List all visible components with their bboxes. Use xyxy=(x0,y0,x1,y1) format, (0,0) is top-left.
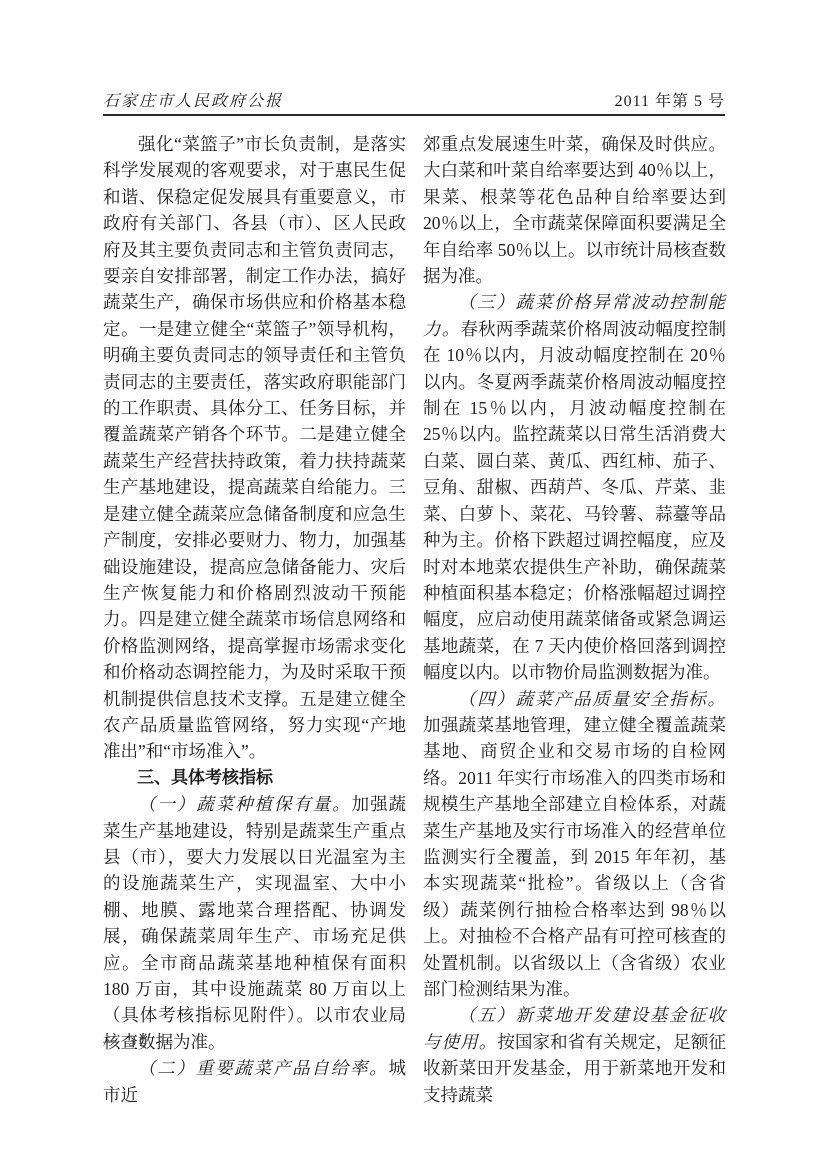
right-column: 郊重点发展速生叶菜，确保及时供应。大白菜和叶菜自给率要达到 40％以上，果菜、根… xyxy=(423,131,726,1108)
paragraph-item-4: （四）蔬菜产品质量安全指标。加强蔬菜基地管理，建立健全覆盖蔬菜基地、商贸企业和交… xyxy=(423,686,726,1003)
paragraph-item-5: （五）新菜地开发建设基金征收与使用。按国家和省有关规定，足额征收新菜田开发基金，… xyxy=(423,1002,726,1108)
document-page: 石家庄市人民政府公报 2011 年第 5 号 强化“菜篮子”市长负责制，是落实科… xyxy=(0,0,826,1169)
paragraph-item-1: （一）蔬菜种植保有量。加强蔬菜生产基地建设，特别是蔬菜生产重点县（市），要大力发… xyxy=(103,791,406,1055)
item-3-body: 春秋两季蔬菜价格周波动幅度控制在 10％以内，月波动幅度控制在 20％以内。冬夏… xyxy=(423,319,726,682)
paragraph-item-2-continuation: 郊重点发展速生叶菜，确保及时供应。大白菜和叶菜自给率要达到 40％以上，果菜、根… xyxy=(423,131,726,289)
section-heading: 三、具体考核指标 xyxy=(103,765,406,791)
item-4-body: 加强蔬菜基地管理，建立健全覆盖蔬菜基地、商贸企业和交易市场的自检网络。2011 … xyxy=(423,715,726,999)
item-1-title: （一）蔬菜种植保有量。 xyxy=(138,794,352,814)
left-column: 强化“菜篮子”市长负责制，是落实科学发展观的客观要求，对于惠民生促和谐、保稳定促… xyxy=(103,131,406,1108)
item-4-title: （四）蔬菜产品质量安全指标。 xyxy=(458,689,726,709)
paragraph-item-2: （二）重要蔬菜产品自给率。城市近 xyxy=(103,1055,406,1108)
page-header: 石家庄市人民政府公报 2011 年第 5 号 xyxy=(103,88,725,111)
header-rule xyxy=(103,114,725,116)
issue-number: 2011 年第 5 号 xyxy=(615,88,725,111)
text-columns: 强化“菜篮子”市长负责制，是落实科学发展观的客观要求，对于惠民生促和谐、保稳定促… xyxy=(103,131,726,1108)
item-1-body: 加强蔬菜生产基地建设，特别是蔬菜生产重点县（市），要大力发展以日光温室为主的设施… xyxy=(103,794,406,1052)
page-number: — 30 — xyxy=(103,1033,175,1051)
publication-title: 石家庄市人民政府公报 xyxy=(103,88,283,111)
paragraph-intro: 强化“菜篮子”市长负责制，是落实科学发展观的客观要求，对于惠民生促和谐、保稳定促… xyxy=(103,131,406,765)
item-2-title: （二）重要蔬菜产品自给率。 xyxy=(138,1058,389,1078)
paragraph-item-3: （三）蔬菜价格异常波动控制能力。春秋两季蔬菜价格周波动幅度控制在 10％以内，月… xyxy=(423,289,726,685)
